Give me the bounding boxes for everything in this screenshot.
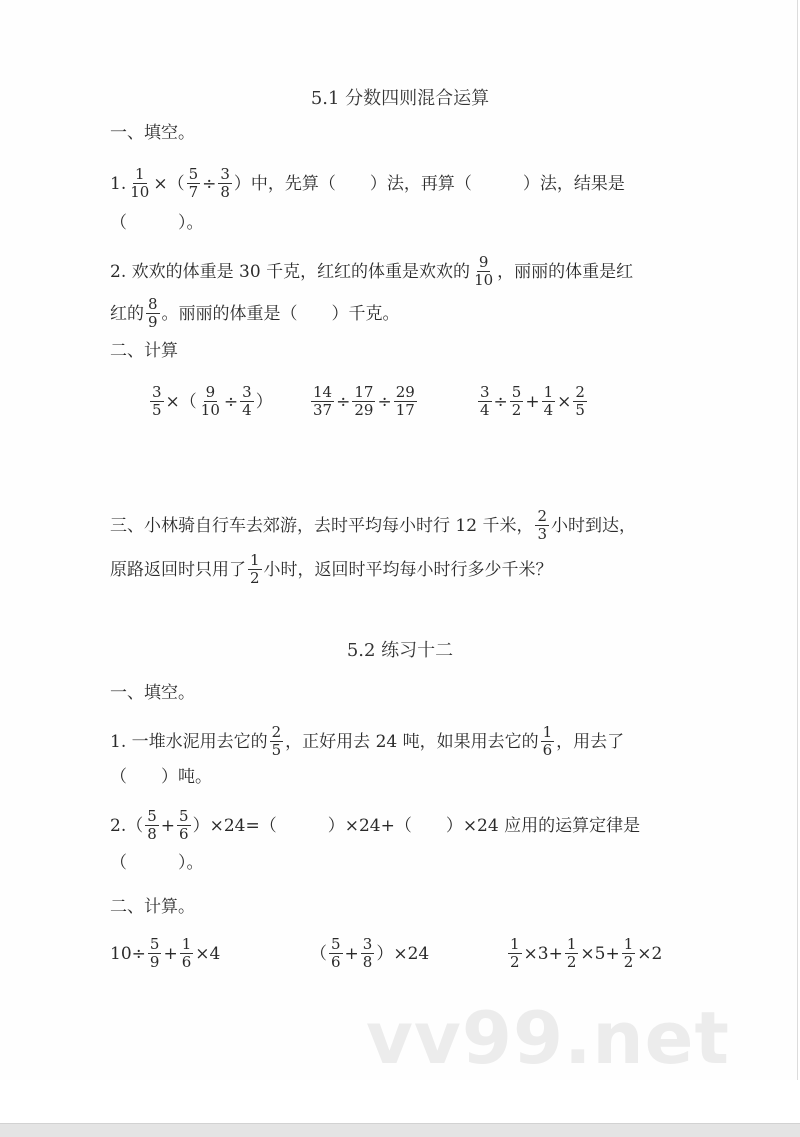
text-segment: ，丽丽的体重是红 — [497, 261, 633, 283]
calc-expression-1: 35 ×（ 910 ÷ 34 ） — [148, 384, 273, 419]
question-2-line-1: 2. 欢欢的体重是 30 千克，红红的体重是欢欢的 910 ，丽丽的体重是红 — [110, 254, 633, 289]
numerator: 1 — [248, 552, 262, 570]
text-segment: + — [161, 815, 175, 837]
numerator: 5 — [177, 808, 191, 826]
denominator: 9 — [148, 954, 162, 971]
text-segment: ）中，先算（ ）法，再算（ ）法，结果是 — [234, 173, 625, 195]
numerator: 1 — [542, 384, 556, 402]
watermark: vv99.net — [366, 996, 730, 1080]
calc-expression-2-1: 10÷ 59 + 16 ×4 — [110, 936, 220, 971]
fraction: 12 — [508, 936, 522, 971]
question-2-line-2: 红的 89 。丽丽的体重是（ ）千克。 — [110, 296, 400, 331]
numerator: 5 — [510, 384, 524, 402]
word-problem-line-2: 原路返回时只用了 12 小时，返回时平均每小时行多少千米？ — [110, 552, 553, 587]
text-segment: 2. 欢欢的体重是 30 千克，红红的体重是欢欢的 — [110, 261, 470, 283]
denominator: 2 — [622, 954, 636, 971]
numerator: 17 — [352, 384, 375, 402]
fraction: 25 — [270, 724, 284, 759]
denominator: 2 — [248, 570, 262, 587]
fraction: 910 — [199, 384, 222, 419]
numerator: 3 — [240, 384, 254, 402]
numerator: 2 — [535, 508, 549, 526]
denominator: 4 — [542, 402, 556, 419]
text-segment: ÷ — [202, 173, 216, 195]
calc-expression-2-2: （ 56 + 38 ）×24 — [310, 936, 429, 971]
fraction: 12 — [248, 552, 262, 587]
text-segment: ×2 — [637, 943, 662, 965]
numerator: 5 — [148, 936, 162, 954]
fraction: 16 — [180, 936, 194, 971]
fraction: 110 — [128, 166, 151, 201]
numerator: 29 — [394, 384, 417, 402]
denominator: 10 — [199, 402, 222, 419]
text-segment: ÷ — [224, 391, 238, 413]
denominator: 5 — [150, 402, 164, 419]
text-segment: × — [557, 391, 571, 413]
fraction: 16 — [541, 724, 555, 759]
section-title-5-1: 5.1 分数四则混合运算 — [0, 84, 800, 110]
numerator: 5 — [187, 166, 201, 184]
numerator: 1 — [180, 936, 194, 954]
fraction: 58 — [145, 808, 159, 843]
text-segment: ×4 — [195, 943, 220, 965]
text-segment: ÷ — [336, 391, 350, 413]
text-segment: 原路返回时只用了 — [110, 559, 246, 581]
denominator: 2 — [510, 402, 524, 419]
denominator: 4 — [240, 402, 254, 419]
text-segment: ，正好用去 24 吨，如果用去它的 — [285, 731, 538, 753]
denominator: 4 — [478, 402, 492, 419]
text-segment: 小时到达， — [551, 515, 636, 537]
text-segment: + — [163, 943, 177, 965]
denominator: 6 — [541, 742, 555, 759]
numerator: 9 — [204, 384, 218, 402]
text-segment: ÷ — [377, 391, 391, 413]
denominator: 3 — [535, 526, 549, 543]
fraction: 52 — [510, 384, 524, 419]
fraction: 38 — [361, 936, 375, 971]
document-page: 5.1 分数四则混合运算 一、填空。 1. 110 ×（ 57 ÷ 38 ）中，… — [0, 0, 798, 1080]
denominator: 8 — [361, 954, 375, 971]
fraction: 56 — [329, 936, 343, 971]
numerator: 8 — [146, 296, 160, 314]
text-segment: ）×24 — [376, 943, 429, 965]
fraction: 1729 — [352, 384, 375, 419]
denominator: 2 — [508, 954, 522, 971]
fraction: 38 — [218, 166, 232, 201]
text-segment: + — [345, 943, 359, 965]
fraction: 89 — [146, 296, 160, 331]
numerator: 1 — [622, 936, 636, 954]
denominator: 6 — [329, 954, 343, 971]
part-heading-fill-blank-2: 一、填空。 — [110, 682, 195, 704]
text-segment: 2.（ — [110, 815, 143, 837]
numerator: 2 — [573, 384, 587, 402]
text-segment: ）×24=（ ）×24+（ ）×24 应用的运算定律是 — [193, 815, 641, 837]
part-heading-fill-blank: 一、填空。 — [110, 122, 195, 144]
text-segment: 10÷ — [110, 943, 146, 965]
text-segment: + — [525, 391, 539, 413]
part-heading-calculate: 二、计算 — [110, 340, 178, 362]
numerator: 5 — [145, 808, 159, 826]
text-segment: ×3+ — [524, 943, 563, 965]
denominator: 10 — [472, 272, 495, 289]
denominator: 5 — [270, 742, 284, 759]
text-segment: 三、小林骑自行车去郊游，去时平均每小时行 12 千米， — [110, 515, 533, 537]
calc-expression-2-3: 12 ×3+ 12 ×5+ 12 ×2 — [506, 936, 662, 971]
denominator: 6 — [177, 826, 191, 843]
question-2-1-line-1: 1. 一堆水泥用去它的 25 ，正好用去 24 吨，如果用去它的 16 ，用去了 — [110, 724, 624, 759]
fraction: 12 — [565, 936, 579, 971]
denominator: 29 — [352, 402, 375, 419]
fraction: 12 — [622, 936, 636, 971]
fraction: 25 — [573, 384, 587, 419]
denominator: 7 — [187, 184, 201, 201]
question-number: 1. — [110, 173, 126, 195]
numerator: 14 — [311, 384, 334, 402]
text-segment: ×（ — [153, 173, 184, 195]
fraction: 23 — [535, 508, 549, 543]
text-segment: 红的 — [110, 303, 144, 325]
question-2-1-line-2: （ ）吨。 — [110, 766, 212, 788]
text-segment: 。丽丽的体重是（ ）千克。 — [162, 303, 400, 325]
calc-expression-2: 1437 ÷ 1729 ÷ 2917 — [309, 384, 419, 419]
numerator: 1 — [541, 724, 555, 742]
fraction: 34 — [478, 384, 492, 419]
numerator: 1 — [508, 936, 522, 954]
numerator: 1 — [565, 936, 579, 954]
question-1-line-1: 1. 110 ×（ 57 ÷ 38 ）中，先算（ ）法，再算（ ）法，结果是 — [110, 166, 625, 201]
fraction: 56 — [177, 808, 191, 843]
question-1-line-2: （ ）。 — [110, 212, 204, 234]
text-segment: 小时，返回时平均每小时行多少千米？ — [264, 559, 553, 581]
denominator: 10 — [128, 184, 151, 201]
fraction: 14 — [542, 384, 556, 419]
fraction: 57 — [187, 166, 201, 201]
numerator: 2 — [270, 724, 284, 742]
fraction: 910 — [472, 254, 495, 289]
denominator: 6 — [180, 954, 194, 971]
fraction: 2917 — [394, 384, 417, 419]
text-segment: ÷ — [494, 391, 508, 413]
numerator: 9 — [477, 254, 491, 272]
numerator: 3 — [218, 166, 232, 184]
text-segment: ×（ — [166, 391, 197, 413]
text-segment: ，用去了 — [556, 731, 624, 753]
numerator: 3 — [150, 384, 164, 402]
denominator: 5 — [573, 402, 587, 419]
denominator: 17 — [394, 402, 417, 419]
section-title-5-2: 5.2 练习十二 — [0, 636, 800, 662]
fraction: 34 — [240, 384, 254, 419]
calc-expression-3: 34 ÷ 52 + 14 × 25 — [476, 384, 589, 419]
fraction: 1437 — [311, 384, 334, 419]
text-segment: ） — [256, 391, 273, 413]
numerator: 3 — [478, 384, 492, 402]
word-problem-line-1: 三、小林骑自行车去郊游，去时平均每小时行 12 千米， 23 小时到达， — [110, 508, 636, 543]
fraction: 35 — [150, 384, 164, 419]
text-segment: 1. 一堆水泥用去它的 — [110, 731, 268, 753]
text-segment: ×5+ — [580, 943, 619, 965]
text-segment: （ — [310, 943, 327, 965]
denominator: 2 — [565, 954, 579, 971]
numerator: 1 — [133, 166, 147, 184]
denominator: 8 — [145, 826, 159, 843]
numerator: 3 — [361, 936, 375, 954]
denominator: 9 — [146, 314, 160, 331]
denominator: 37 — [311, 402, 334, 419]
numerator: 5 — [329, 936, 343, 954]
denominator: 8 — [218, 184, 232, 201]
bottom-scroll-bar[interactable] — [0, 1123, 800, 1137]
part-heading-calculate-2: 二、计算。 — [110, 896, 195, 918]
question-2-2-line-2: （ ）。 — [110, 852, 204, 874]
question-2-2-line-1: 2.（ 58 + 56 ）×24=（ ）×24+（ ）×24 应用的运算定律是 — [110, 808, 640, 843]
fraction: 59 — [148, 936, 162, 971]
